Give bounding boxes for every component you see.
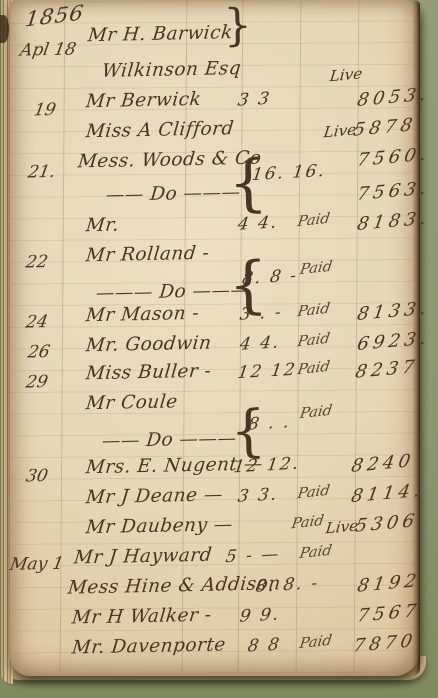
entry-amount: 12 12 — [236, 360, 298, 383]
entry-name: Mr H Walker - — [71, 605, 213, 629]
entry-date: Apl 18 — [18, 39, 77, 60]
entry-date: May 1 — [8, 554, 65, 575]
entry-amount: 8. 8. - — [254, 573, 320, 597]
entry-status: Paid — [290, 513, 324, 532]
entry-name: Mr Rolland - — [85, 243, 211, 267]
entry-folio: 7870 — [352, 630, 418, 657]
entry-name: —— Do ——— — [105, 182, 242, 206]
entry-name: Wilkinson Esq — [101, 58, 242, 82]
entry-status: Paid — [296, 301, 330, 320]
group-brace-close: } — [223, 4, 252, 49]
entry-amount: 4 4. — [236, 212, 279, 234]
entry-folio: 8133. — [356, 298, 432, 326]
entry-folio: 5878 — [352, 114, 418, 141]
entry-name: Mr Daubeny — — [85, 514, 234, 538]
entry-status: Paid — [298, 633, 332, 652]
entry-date: 30 — [24, 466, 49, 487]
entry-amount: 4 4. — [238, 332, 281, 354]
ledger-row: Apl 18Mr H. Barwick} — [10, 18, 421, 57]
entry-date: 19 — [32, 100, 57, 121]
entry-folio: 8114. — [350, 480, 426, 508]
entry-name: Mr Mason - — [85, 303, 200, 326]
entry-status: Paid — [296, 359, 330, 378]
entry-name: Mr. Davenporte — [71, 634, 227, 658]
folio-prefix: Live — [329, 64, 364, 85]
ledger-page: 1856 Apl 18Mr H. Barwick}Wilkinson EsqLi… — [10, 0, 420, 676]
entry-status: Paid — [298, 543, 332, 562]
entry-name: Mr. — [85, 215, 120, 237]
entry-name: Mr J Deane — — [85, 484, 224, 508]
entry-folio: 8053. — [356, 84, 432, 112]
entry-status: Paid — [296, 211, 330, 230]
entry-date: 21. — [26, 162, 57, 183]
entry-folio: 8192 — [356, 570, 422, 597]
entry-status: Paid — [299, 403, 333, 422]
entries-layer: Apl 18Mr H. Barwick}Wilkinson EsqLive19M… — [10, 0, 420, 676]
entry-amount: 3 3. — [236, 484, 279, 506]
entry-folio: 6923. — [356, 328, 432, 356]
entry-date: 29 — [24, 372, 49, 393]
entry-amount: 9 9. — [238, 604, 281, 626]
entry-folio: 7563. — [356, 178, 432, 206]
entry-status: Paid — [299, 259, 333, 278]
entry-amount: 12 12. — [232, 454, 301, 478]
entry-name: Mr Coule — [85, 391, 179, 414]
entry-status: Paid — [296, 483, 330, 502]
entry-date: 26 — [26, 342, 51, 363]
entry-name: —— Do ——— — [101, 428, 238, 452]
entry-name: Mr Berwick — [85, 89, 203, 112]
entry-name: Mr. Goodwin — [85, 333, 213, 357]
entry-name: Miss Buller - — [85, 361, 213, 385]
entry-folio: 7567 — [356, 600, 422, 627]
entry-amount: 3 3 — [236, 89, 272, 111]
entry-folio: 5306 — [354, 510, 420, 537]
entry-amount: 5 - — — [224, 544, 281, 567]
scanned-ledger-photo: 1856 Apl 18Mr H. Barwick}Wilkinson EsqLi… — [0, 0, 438, 698]
entry-name: Mess Hine & Addison — [67, 573, 282, 599]
entry-name: Miss A Clifford — [85, 118, 235, 142]
entry-folio: 8240 — [350, 450, 416, 477]
entry-name: ——— Do ——— — [95, 280, 251, 304]
entry-name: Mr J Hayward — [73, 545, 213, 569]
entry-status: Paid — [296, 331, 330, 350]
entry-folio: 7560. — [356, 144, 432, 172]
entry-folio: 8183. — [356, 208, 432, 236]
entry-amount: 8 8 — [246, 635, 282, 657]
entry-folio: 8237 — [354, 356, 420, 383]
entry-date: 22 — [24, 252, 49, 273]
entry-name: Mr H. Barwick — [87, 22, 234, 46]
entry-date: 24 — [24, 312, 49, 333]
entry-amount: 3 . - — [238, 302, 284, 324]
